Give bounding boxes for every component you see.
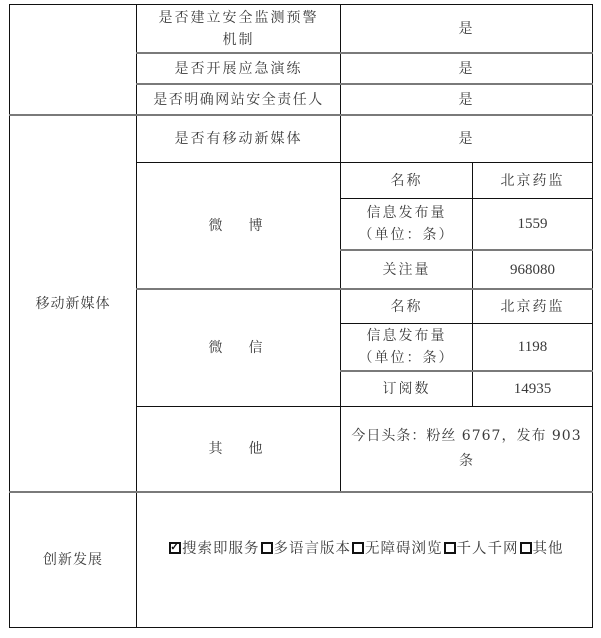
table-border-right [592, 4, 593, 628]
weibo-name-label: 名称 [341, 163, 472, 198]
weibo-posts-value: 1559 [473, 199, 592, 249]
wechat-posts-value: 1198 [473, 324, 592, 370]
other-value-line-2: 条 [459, 449, 474, 474]
checkbox-accessibility[interactable] [352, 542, 364, 554]
weibo-posts-label: 信息发布量 （单位：条） [341, 199, 472, 249]
wechat-subscribers-value: 14935 [473, 372, 592, 406]
checkbox-other[interactable] [520, 542, 532, 554]
wechat-name-value: 北京药监 [473, 290, 592, 323]
innovation-options: ✓ 搜索即服务 多语言版本 无障碍浏览 千人千网 其他 [168, 537, 564, 558]
other-media-value: 今日头条：粉丝 6767，发布 903 条 [341, 407, 592, 491]
weibo-name-value: 北京药监 [473, 163, 592, 198]
wechat-posts-label: 信息发布量 （单位：条） [341, 324, 472, 370]
checkbox-personalized[interactable] [444, 542, 456, 554]
security-question-responsible: 是否明确网站安全责任人 [137, 85, 340, 114]
question-line-2: 机制 [223, 29, 255, 51]
option-label-accessibility: 无障碍浏览 [365, 537, 443, 558]
checkbox-search-service[interactable]: ✓ [169, 542, 181, 554]
other-value-line-1: 今日头条：粉丝 6767，发布 903 [351, 424, 581, 449]
security-answer-responsible: 是 [341, 85, 592, 114]
weibo-followers-value: 968080 [473, 251, 592, 288]
security-question-drill: 是否开展应急演练 [137, 54, 340, 83]
option-label-other: 其他 [533, 537, 564, 558]
posts-label-line-2: （单位：条） [359, 224, 455, 246]
weibo-followers-label: 关注量 [341, 251, 472, 288]
table-border-bottom [9, 627, 593, 628]
security-question-monitoring: 是否建立安全监测预警 机制 [137, 5, 340, 52]
wechat-label: 微 信 [137, 290, 340, 406]
weibo-label: 微 博 [137, 163, 340, 288]
posts-label-line-1: 信息发布量 [367, 202, 447, 224]
other-media-label: 其 他 [137, 407, 340, 491]
wechat-name-label: 名称 [341, 290, 472, 323]
option-label-personalized: 千人千网 [457, 537, 519, 558]
option-label-search-service: 搜索即服务 [182, 537, 260, 558]
question-line-1: 是否建立安全监测预警 [159, 7, 319, 29]
posts-label-line-1: 信息发布量 [367, 325, 447, 347]
security-answer-monitoring: 是 [341, 5, 592, 52]
wechat-subscribers-label: 订阅数 [341, 372, 472, 406]
has-mobile-media-question: 是否有移动新媒体 [137, 116, 340, 162]
option-label-multilingual: 多语言版本 [274, 537, 352, 558]
has-mobile-media-answer: 是 [341, 116, 592, 162]
mobile-media-section-label: 移动新媒体 [10, 116, 136, 491]
checkbox-multilingual[interactable] [261, 542, 273, 554]
innovation-section-label: 创新发展 [10, 493, 136, 627]
posts-label-line-2: （单位：条） [359, 347, 455, 369]
security-answer-drill: 是 [341, 54, 592, 83]
